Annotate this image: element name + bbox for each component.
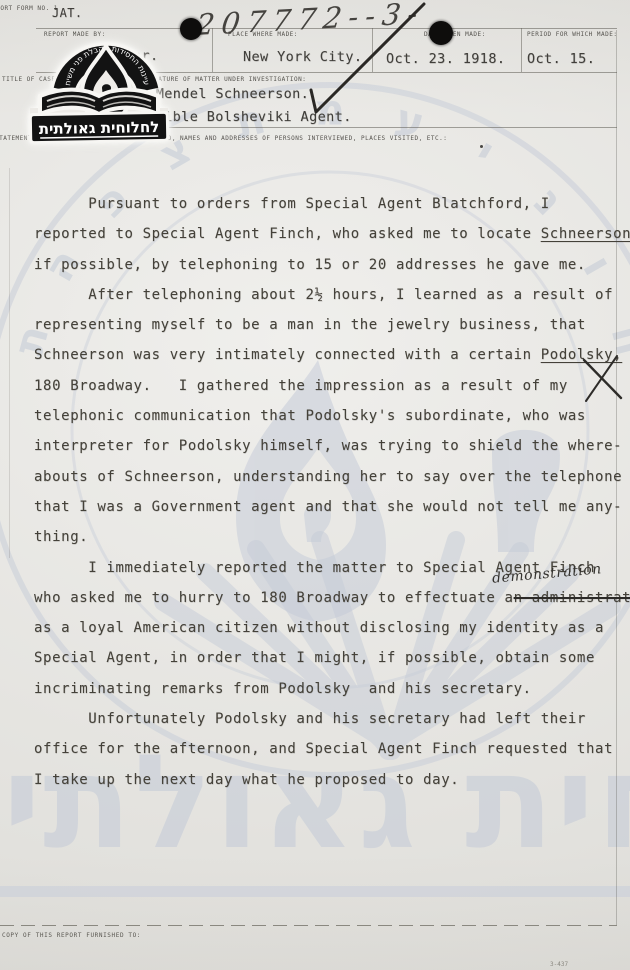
typed-line: 180 Broadway. I gathered the impression … (34, 378, 630, 408)
logo-banner: לחלוחית גאולתית (29, 111, 170, 143)
typed-line: incriminating remarks from Podolsky and … (34, 681, 630, 711)
typed-line: Schneerson was very intimately connected… (34, 347, 630, 377)
table-divider-3 (521, 28, 522, 72)
typed-line: interpreter for Podolsky himself, was tr… (34, 438, 630, 468)
typed-line: if possible, by telephoning to 15 or 20 … (34, 257, 630, 287)
ink-speck (480, 145, 483, 148)
ink-blot-left (180, 18, 202, 40)
page-mark: 3-437 (550, 961, 568, 968)
date-value: Oct. 23. 1918. (386, 51, 505, 67)
typed-line: telephonic communication that Podolsky's… (34, 408, 630, 438)
typed-line: Unfortunately Podolsky and his secretary… (34, 711, 630, 741)
copy-furnished-label: COPY OF THIS REPORT FURNISHED TO: (2, 932, 141, 939)
report-body: Pursuant to orders from Special Agent Bl… (34, 196, 630, 802)
place-value: New York City. (243, 49, 362, 65)
table-divider-2 (372, 28, 373, 72)
typed-line: I take up the next day what he proposed … (34, 772, 630, 802)
form-number-label: REPORT FORM NO. 1 (0, 5, 58, 12)
typed-line: representing myself to be a man in the j… (34, 317, 630, 347)
typed-line: office for the afternoon, and Special Ag… (34, 741, 630, 771)
typed-line: reported to Special Agent Finch, who ask… (34, 226, 630, 256)
watermark-band (0, 886, 630, 897)
typed-line: that I was a Government agent and that s… (34, 499, 630, 529)
archive-logo: הפצת מעיינות החסידות לקבלת פני משיח לחלו… (24, 26, 174, 151)
typed-line: Special Agent, in order that I might, if… (34, 650, 630, 680)
period-value: Oct. 15. (527, 51, 595, 67)
typed-line: as a loyal American citizen without disc… (34, 620, 630, 650)
case-number-handwritten: 207772--3- (194, 0, 426, 42)
typed-line: who asked me to hurry to 180 Broadway to… (34, 590, 630, 620)
watermark-letter: י (467, 128, 502, 177)
page-edge-left (9, 168, 10, 558)
footer-rule (0, 925, 617, 926)
period-for-which-made-label: PERIOD FOR WHICH MADE: (527, 31, 617, 38)
typed-line: After telephoning about 2½ hours, I lear… (34, 287, 630, 317)
typed-line: thing. (34, 529, 630, 559)
document-scan: הפצתמעינותח וחית גאולתית REPORT FORM NO.… (0, 0, 630, 970)
agent-initials: JAT. (52, 6, 83, 20)
typed-line: abouts of Schneerson, understanding her … (34, 469, 630, 499)
typed-line: Pursuant to orders from Special Agent Bl… (34, 196, 630, 226)
logo-banner-text: לחלוחית גאולתית (39, 118, 160, 138)
ink-blot-right (429, 21, 453, 45)
